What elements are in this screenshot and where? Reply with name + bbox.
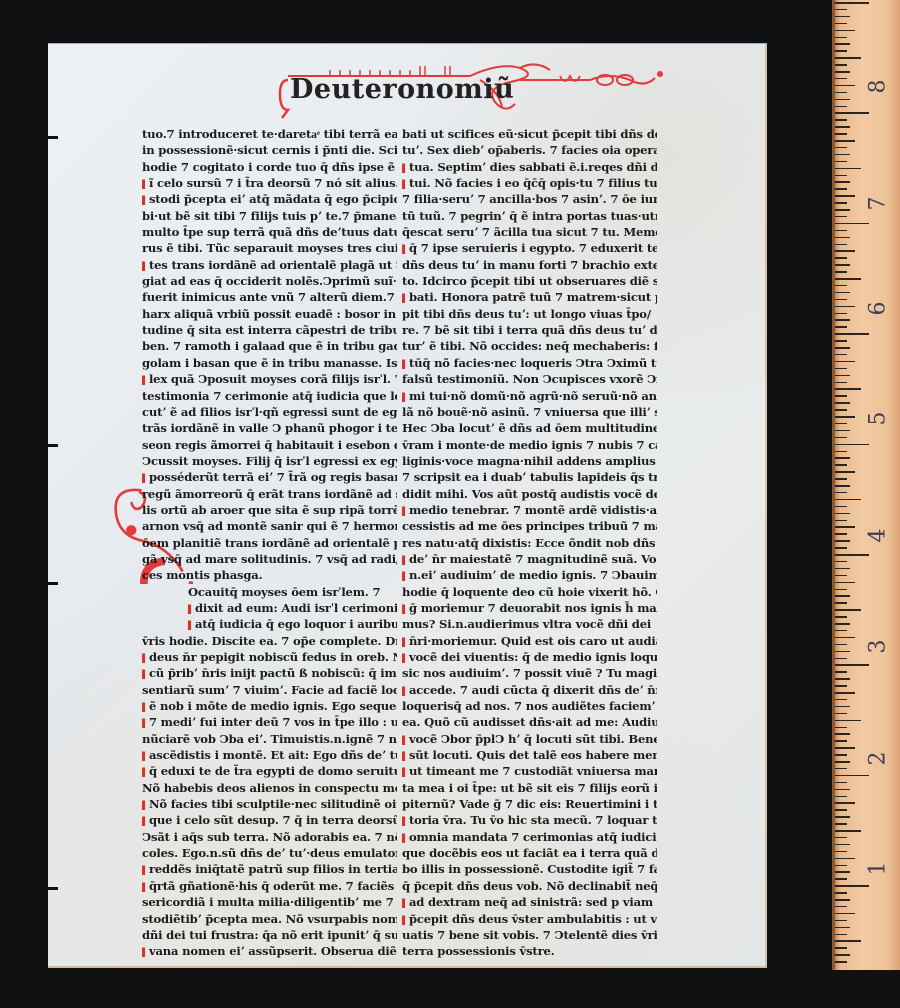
text-line: cessistis ad me ōes principes tribuũ 7… [402,518,657,534]
ruler-tick [835,126,850,128]
text-line: golam i basan que ẽ in tribu manasse. I… [142,355,397,371]
running-title-text: Deuteronomiũ [290,74,514,105]
ruler-tick [835,9,847,11]
text-line: ▌cũ p̃ribʼ n̄ris inijt pactũ ß nobiscu… [142,665,397,681]
text-line: sic nos audiuimʼ. 7 possit viuẽ ? Tu ma… [402,665,657,681]
text-line: tuo.7 introduceret te·daretaͤ tibi terra… [142,126,397,142]
ruler-tick [835,250,855,252]
ruler-tick [835,637,855,639]
ruler-tick [835,485,850,487]
ruler-tick [835,285,847,287]
rubricated-initial: ▌ [402,653,408,663]
text-line-content: re. 7 bẽ sit tibi i terra quã dñs deus… [402,323,657,337]
text-line: re. 7 bẽ sit tibi i terra quã dñs deus… [402,322,657,338]
ruler-tick [835,299,847,301]
text-line: dñs deus tuʼ in manu forti 7 brachio ext… [402,257,657,273]
ruler-tick [835,830,861,832]
text-line-content: ces montis phasga. [142,568,262,582]
text-line-content: fuerit inimicus ante vnũ 7 alterũ diem… [142,290,397,304]
text-line-content: bo illis in possessionẽ. Custodite igit… [402,862,657,876]
ruler-tick [835,464,847,466]
ruler-tick [835,402,850,404]
ruler-tick [835,154,850,156]
rubricated-initial: ▌ [142,718,148,728]
text-line: to. Idcirco p̃cepit tibi ut obseruares d… [402,273,657,289]
text-line-content: lã nõ bouẽ·nõ asinũ. 7 vniuersa que… [402,405,657,419]
text-line: ▌n̄ri·moriemur. Quid est ois caro ut aud… [402,633,657,649]
text-line: ta mea i oi t̄pe: ut bẽ sit eis 7 filij… [402,780,657,796]
text-line: testimonia 7 cerimonie atq̄ iudicia que … [142,388,397,404]
ruler-tick [835,616,847,618]
text-line-content: didit mihi. Vos aũt postq̄ audistis voc… [402,487,657,501]
text-line: ▌sũt locuti. Quis det talẽ eos habere … [402,747,657,763]
ruler-tick [835,37,847,39]
text-line-content: ea. Quõ cũ audisset dñs·ait ad me: Aud… [402,715,657,729]
ruler-tick [835,858,855,860]
text-line-content: deus n̄r pepigit nobiscũ fedus in oreb.… [149,650,397,664]
ruler-tick [835,64,847,66]
text-line: gã vsq̄ ad mare solitudinis. 7 vsq̄ ad … [142,551,397,567]
rubricated-initial: ▌ [402,898,408,908]
text-line: fuerit inimicus ante vnũ 7 alterũ diem… [142,289,397,305]
text-line: res natu·atq̄ dixistis: Ecce õndit nob … [402,535,657,551]
text-line: ▌vocẽ dei viuentis: q̄ de medio ignis l… [402,649,657,665]
ruler-tick [835,416,855,418]
rubricated-initial: ▌ [402,163,408,173]
ruler-tick [835,313,847,315]
ruler-tick [835,706,850,708]
ruler-tick [835,202,847,204]
ruler-tick [835,782,847,784]
text-line-content: arnon vsq̄ ad montẽ sanir qui ẽ 7 herm… [142,519,397,533]
text-line-content: ẽ nob i mõte de medio ignis. Ego seque… [149,699,397,713]
text-line: v̄ris hodie. Discite ea. 7 op̃e complete… [142,633,397,649]
rubricated-initial: ▌ [402,735,408,745]
text-line: bo illis in possessionẽ. Custodite igit… [402,861,657,877]
text-line: giat ad eas q̄ occiderit nolẽs.Ↄprimũ … [142,273,397,289]
text-line-content: Ↄcussit moyses. Filij q̄ isrˈl egressi e… [142,454,397,468]
text-line-content: Hec Ↄba locutʼ ẽ dñs ad ōem multitudin… [402,421,657,435]
text-line-content: ta mea i oi t̄pe: ut bẽ sit eis 7 filij… [402,781,657,795]
rubricated-initial: ▌ [402,571,408,581]
ruler-tick [835,340,847,342]
paper-notch [44,136,58,139]
rubricated-initial: ▌ [402,555,408,565]
text-line-content: 7 mediʼ fui inter deũ 7 vos in t̄pe ill… [149,715,397,729]
ruler-tick [835,685,847,687]
text-line: ▌ĩ celo sursũ 7 i t̃ra deorsũ 7 nó si… [142,175,397,191]
text-line-content: in possessionẽ·sicut cernis i p̃nti die… [142,143,397,157]
ruler-tick [835,85,855,87]
text-line: ▌tui. Nõ facies i eo q̄c̄q̄ opis·tu 7 f… [402,175,657,191]
text-line: multo t̄pe sup terrã quã dñs deʼtuus d… [142,224,397,240]
rubricated-initial: ▌ [142,261,148,271]
text-line: q̄escat seruʼ 7 ãcilla tua sicut 7 tu. … [402,224,657,240]
text-line: cutʼ ẽ ad filios isrˈl·qñ egressi sunt… [142,404,397,420]
text-line-content: stodi p̃cepta eiʼ atq̄ mãdata q̄ ego p̃… [149,192,397,206]
ruler-number: 1 [866,854,891,884]
text-line-content: terra possessionis v̄stre. [402,944,555,958]
text-line-content: q̄escat seruʼ 7 ãcilla tua sicut 7 tu. … [402,225,657,239]
ruler-tick [835,92,847,94]
rubricated-initial: ▌ [142,195,148,205]
paper-notch [44,582,58,585]
rubricated-initial: ▌ [142,751,148,761]
text-line-content: mus? Si.n.audierimus vltra vocẽ dñi dei [402,617,651,631]
text-line-content: seon regis ãmorrei q̄ habitauit i esebo… [142,438,397,452]
text-line-content: q̄ p̃cepit dñs deus vob. Nõ declinabit̃… [402,879,657,893]
ruler-tick [835,409,847,411]
text-line: ▌atq̄ iudicia q̄ ego loquor i auribus [142,616,397,632]
ruler-tick [835,609,861,611]
ruler-tick [835,112,869,114]
ruler-tick [835,306,855,308]
text-line-content: tui. Nõ facies i eo q̄c̄q̄ opis·tu 7 fi… [409,176,657,190]
ruler-tick [835,906,847,908]
ruler-tick [835,368,847,370]
ruler-tick [835,230,847,232]
ruler-tick [835,361,855,363]
text-line: mus? Si.n.audierimus vltra vocẽ dñi dei [402,616,657,632]
text-line: ▌q̄ eduxi te de t̃ra egypti de domo seru… [142,763,397,779]
text-line-content: toria v̄ra. Tu v̄o hic sta mecũ. 7 loqu… [409,813,657,827]
rubricated-initial: ▌ [142,702,148,712]
text-line: sentiarũ sumʼ 7 viuimʼ. Facie ad faciẽ… [142,682,397,698]
text-line-content: falsũ testimoniũ. Non Ↄcupisces vxorẽ… [402,372,657,386]
text-line: ▌vana nomen eiʼ assũpserit. Obserua die… [142,943,397,959]
rubricated-initial: ▌ [142,179,148,189]
text-line-content: multo t̄pe sup terrã quã dñs deʼtuus d… [142,225,397,239]
text-line: ea. Quõ cũ audisset dñs·ait ad me: Aud… [402,714,657,730]
text-line: lis ortũ ab aroer que sita ẽ sup ripã… [142,502,397,518]
ruler-tick [835,678,850,680]
rubricated-initial: ▌ [402,686,408,696]
text-line: turʼ ẽ tibi. Nõ occides: neq̄ mechaber… [402,338,657,354]
ruler-tick [835,457,850,459]
ruler-tick [835,913,855,915]
text-line: ▌ascẽdistis i montẽ. Et ait: Ego dñs d… [142,747,397,763]
ruler-tick [835,533,847,535]
text-line: piternũ? Vade ḡ 7 dic eis: Reuertimini… [402,796,657,812]
text-line-content: q̄rtã gñationẽ·his q̄ oderũt me. 7 f… [149,879,397,893]
text-line: ▌ḡ moriemur 7 deuorabit nos ignis h̄ ma… [402,600,657,616]
ruler-tick [835,292,850,294]
text-line-content: uatis 7 bene sit vobis. 7 Ↄtelentẽ dies… [402,928,657,942]
ruler-tick [835,865,847,867]
text-line: ▌posséderũt terrã eiʼ 7 t̃rã og regis… [142,469,397,485]
text-line-content: loquerisq̄ ad nos. 7 nos audiẽtes facie… [402,699,655,713]
text-line: ▌mi tui·nõ domũ·nõ agrũ·nõ seruũ·n… [402,388,657,404]
ruler-tick [835,575,847,577]
text-line: ▌tūq̄ nõ facies·nec loqueris Ↄtra Ↄxim… [402,355,657,371]
text-line: ▌7 mediʼ fui inter deũ 7 vos in t̄pe il… [142,714,397,730]
text-line-content: bi·ut bẽ sit tibi 7 filijs tuis pʼ te.7… [142,209,397,223]
text-line-content: sentiarũ sumʼ 7 viuimʼ. Facie ad faciẽ… [142,683,397,697]
ruler-tick [835,568,850,570]
text-line-content: ascẽdistis i montẽ. Et ait: Ego dñs de… [149,748,397,762]
ruler-tick [835,878,847,880]
ruler-number: 6 [866,294,891,324]
text-line: stodiẽtibʼ p̃cepta mea. Nõ vsurpabis n… [142,911,397,927]
text-line-content: reddẽs iniq̄tatẽ patrũ sup filios in … [149,862,397,876]
text-line-content: omnia mandata 7 cerimonias atq̄ iudicia [409,830,657,844]
text-line-content: tūq̄ nõ facies·nec loqueris Ↄtra Ↄximu… [409,356,657,370]
text-line: loquerisq̄ ad nos. 7 nos audiẽtes facie… [402,698,657,714]
text-line-content: posséderũt terrã eiʼ 7 t̃rã og regis … [149,470,397,484]
ruler-tick [835,181,850,183]
text-line: ▌bati. Honora patrẽ tuũ 7 matrem·sicut… [402,289,657,305]
text-line: ▌tua. Septimʼ dies sabbati ẽ.i.reqes dñ… [402,159,657,175]
text-line-content: piternũ? Vade ḡ 7 dic eis: Reuertimini… [402,797,657,811]
text-line-content: tudine q̄ sita est interra cãpestri de … [142,323,397,337]
text-line-content: sũt locuti. Quis det talẽ eos habere m… [409,748,657,762]
ruler-tick [835,499,861,501]
text-line: sericordiã i multa milia·diligentibʼ me… [142,894,397,910]
text-line: nũciarẽ vob Ↄba eiʼ. Timuistis.n.ignẽ… [142,731,397,747]
ruler-tick [835,644,847,646]
text-line-content: sic nos audiuimʼ. 7 possit viuẽ ? Tu ma… [402,666,657,680]
rubricated-initial: ▌ [402,915,408,925]
rubricated-initial: ▌ [142,816,148,826]
text-line-content: hodie 7 cogitato i corde tuo q̄ dñs ipse… [142,160,397,174]
rubricated-initial: ▌ [142,653,148,663]
ruler-tick [835,526,855,528]
ruler-tick [835,257,847,259]
ruler-tick [835,16,850,18]
text-line: trãs iordãnẽ in valle Ↄ phanũ phogor… [142,420,397,436]
ruler-tick [835,506,847,508]
text-line: uatis 7 bene sit vobis. 7 Ↄtelentẽ dies… [402,927,657,943]
ruler-tick [835,823,847,825]
ruler-tick [835,844,850,846]
ruler-tick [835,789,850,791]
ruler-tick [835,382,847,384]
ruler-tick [835,623,850,625]
text-line-content: pit tibi dñs deus tuʼ: ut longo viuas t̄… [402,307,651,321]
text-line-content: Ocauitq̄ moyses ōem isrˈlem. 7 [188,585,380,599]
text-line-content: coles. Ego.n.sũ dñs deʼ tuʼ·deus emulat… [142,846,397,860]
text-line-content: cũ p̃ribʼ n̄ris inijt pactũ ß nobiscũ… [149,666,397,680]
ruler-tick [835,582,855,584]
ruler-tick [835,333,869,335]
text-line-content: ben. 7 ramoth i galaad que ẽ in tribu g… [142,339,397,353]
ruler-tick [835,375,850,377]
ruler-tick [835,451,847,453]
rubricated-initial: ▌ [142,882,148,892]
text-line: harx aliquã vrbiũ possit euadẽ : boso… [142,306,397,322]
ruler-tick [835,99,850,101]
text-line: liginis·voce magna·nihil addens amplius [402,453,657,469]
rubricated-initial: ▌ [402,816,408,826]
text-line-content: vocẽ Ↄbor p̄plↃ hʼ q̄ locuti sũt tibi.… [409,732,657,746]
text-line: v̄ram i monte·de medio ignis 7 nubis 7 c… [402,437,657,453]
text-line: que docẽbis eos ut faciãt ea i terra q… [402,845,657,861]
ruler-tick [835,175,847,177]
text-line: ▌vocẽ Ↄbor p̄plↃ hʼ q̄ locuti sũt tibi… [402,731,657,747]
text-line-content: regũ ãmorreorũ q̄ erãt trans iordãn… [142,487,397,501]
text-line: ▌dixit ad eum: Audi isrˈl cerimonias [142,600,397,616]
text-line-content: ad dextram neq̄ ad sinistrã: sed p viam… [409,895,657,909]
text-line-content: q̄ eduxi te de t̃ra egypti de domo serui… [149,764,397,778]
text-column-left: tuo.7 introduceret te·daretaͤ tibi terra… [142,126,397,960]
ruler-tick [835,147,847,149]
text-line-content: ḡ moriemur 7 deuorabit nos ignis h̄ max… [409,601,657,615]
ruler-tick [835,50,847,52]
text-line-content: ut timeant me 7 custodiãt vniuersa mand… [409,764,657,778]
text-line: ▌ẽ nob i mõte de medio ignis. Ego sequ… [142,698,397,714]
ruler-tick [835,754,847,756]
text-line: ▌tes trans iordãnẽ ad orientalẽ plaga… [142,257,397,273]
text-line: in possessionẽ·sicut cernis i p̃nti die… [142,142,397,158]
text-line: arnon vsq̄ ad montẽ sanir qui ẽ 7 herm… [142,518,397,534]
text-line-content: gã vsq̄ ad mare solitudinis. 7 vsq̄ ad … [142,552,397,566]
text-line-content: dñi dei tui frustra: q̄a nõ erit ipunit… [142,928,397,942]
text-line: ▌medio tenebrar. 7 montẽ ardẽ vidistis… [402,502,657,518]
text-line: bi·ut bẽ sit tibi 7 filijs tuis pʼ te.7… [142,208,397,224]
ruler-tick [835,513,850,515]
ruler-tick [835,802,855,804]
text-line-content: tuʼ. Sex diebʼ op̃aberis. 7 facies oia o… [402,143,657,157]
ruler-tick [835,768,847,770]
text-line: Nõ habebis deos alienos in conspectu me… [142,780,397,796]
ruler-tick [835,816,850,818]
ruler-tick [835,395,847,397]
text-line-content: deʼ n̄r maiestatẽ 7 magnitudinẽ suã. … [409,552,657,566]
text-line: dñi dei tui frustra: q̄a nõ erit ipunit… [142,927,397,943]
text-line: bati ut scifices eũ·sicut p̃cepit tibi … [402,126,657,142]
ruler-tick [835,664,869,666]
ruler-tick [835,961,847,963]
ruler-tick [835,602,847,604]
text-line: 7 scripsit ea i duabʼ tabulis lapideis q… [402,469,657,485]
text-column-right: bati ut scifices eũ·sicut p̃cepit tibi … [402,126,657,960]
ruler-tick [835,727,847,729]
ruler-tick [835,216,847,218]
text-line: terra possessionis v̄stre. [402,943,657,959]
ruler-tick [835,920,847,922]
rubricated-initial: ▌ [402,637,408,647]
ruler-tick [835,892,847,894]
ruler-tick [835,740,847,742]
text-line-content: tua. Septimʼ dies sabbati ẽ.i.reqes dñi… [409,160,657,174]
paper-notch [44,444,58,447]
ruler-tick [835,188,847,190]
rubricated-initial: ▌ [402,604,408,614]
text-line: regũ ãmorreorũ q̄ erãt trans iordãn… [142,486,397,502]
ruler-tick [835,720,861,722]
manuscript-leaf: Deuteronomiũ tuo.7 introduceret te·dare… [48,43,767,968]
text-line: rus ẽ tibi. Tũc separauit moyses tres … [142,240,397,256]
ruler-tick [835,23,847,25]
ruler-tick [835,809,847,811]
text-line-content: tũ tuũ. 7 pegrinʼ q̄ ẽ intra portas t… [402,209,657,223]
text-line-content: vana nomen eiʼ assũpserit. Obserua diẽ… [149,944,397,958]
text-line: ▌deus n̄r pepigit nobiscũ fedus in oreb… [142,649,397,665]
text-line: ben. 7 ramoth i galaad que ẽ in tribu g… [142,338,397,354]
running-title: Deuteronomiũ [270,62,670,122]
ruler-tick [835,492,847,494]
ruler-number: 5 [866,404,891,434]
rubricated-initial: ▌ [402,767,408,777]
text-line: ▌omnia mandata 7 cerimonias atq̄ iudicia [402,829,657,845]
rubricated-initial: ▌ [402,751,408,761]
text-line-content: v̄ris hodie. Discite ea. 7 op̃e complete… [142,634,397,648]
ruler-tick [835,733,850,735]
text-line: ▌ad dextram neq̄ ad sinistrã: sed p via… [402,894,657,910]
text-line: pit tibi dñs deus tuʼ: ut longo viuas t̄… [402,306,657,322]
text-line-content: n̄ri·moriemur. Quid est ois caro ut audi… [409,634,657,648]
text-line-content: n.eiʼ audiuimʼ de medio ignis. 7 Ↄbauimu… [409,568,657,582]
text-line-content: vocẽ dei viuentis: q̄ de medio ignis lo… [409,650,657,664]
ruler-tick [835,244,847,246]
text-line: ▌lex quã Ↄposuit moyses corã filijs is… [142,371,397,387]
ruler-tick [835,692,855,694]
text-line: ▌reddẽs iniq̄tatẽ patrũ sup filios in… [142,861,397,877]
ruler-number: 4 [866,521,891,551]
ruler-tick [835,837,847,839]
ruler-tick [835,444,869,446]
ruler-tick [835,520,847,522]
text-line: Ↄsãt i aq̄s sub terra. Nõ adorabis ea.… [142,829,397,845]
text-line-content: ōem planitiẽ trans iordãnẽ ad orient… [142,536,397,550]
ruler-tick [835,713,847,715]
ruler-tick [835,934,847,936]
rubricated-initial: ▌ [142,669,148,679]
ruler-number: 7 [866,189,891,219]
text-line-content: hodie q̄ loquente deo cũ hoie vixerit h… [402,585,657,599]
ruler-tick [835,271,847,273]
ruler-tick [835,540,850,542]
text-line: tuʼ. Sex diebʼ op̃aberis. 7 facies oia o… [402,142,657,158]
text-line: falsũ testimoniũ. Non Ↄcupisces vxorẽ… [402,371,657,387]
ruler-tick [835,57,861,59]
text-line-content: to. Idcirco p̃cepit tibi ut obseruares d… [402,274,657,288]
text-line-content: dñs deus tuʼ in manu forti 7 brachio ext… [402,258,657,272]
rubricated-initial: ▌ [402,392,408,402]
ruler-tick [835,2,869,4]
ruler-tick [835,561,847,563]
ruler-tick [835,947,847,949]
text-line-content: bati. Honora patrẽ tuũ 7 matrem·sicut … [409,290,657,304]
text-line-content: cutʼ ẽ ad filios isrˈl·qñ egressi sunt… [142,405,397,419]
ruler-tick [835,940,861,942]
text-line-content: rus ẽ tibi. Tũc separauit moyses tres … [142,241,397,255]
ruler-tick [835,43,850,45]
rubricated-initial: ▌ [188,604,194,614]
ruler-tick [835,354,847,356]
text-line-content: que docẽbis eos ut faciãt ea i terra q… [402,846,657,860]
ruler-tick [835,747,855,749]
text-line-content: v̄ram i monte·de medio ignis 7 nubis 7 c… [402,438,657,452]
ruler-tick [835,885,869,887]
ruler-tick [835,699,847,701]
ruler-tick [835,264,850,266]
text-line: seon regis ãmorrei q̄ habitauit i esebo… [142,437,397,453]
text-line: ▌accede. 7 audi cũcta q̄ dixerit dñs de… [402,682,657,698]
rubricated-initial: ▌ [142,473,148,483]
text-line: ▌q̄ 7 ipse seruieris i egypto. 7 eduxeri… [402,240,657,256]
ruler-tick [835,630,847,632]
ruler-tick [835,775,869,777]
ruler-tick [835,871,850,873]
text-line-content: q̄ 7 ipse seruieris i egypto. 7 eduxerit… [409,241,657,255]
text-line: ▌que i celo sũt desup. 7 q̄ in terra de… [142,812,397,828]
ruler-tick [835,547,847,549]
text-line-content: p̃cepit dñs deus v̄ster ambulabitis : ut… [409,912,657,926]
text-line-content: Nõ habebis deos alienos in conspectu me… [142,781,397,795]
ruler-tick [835,106,847,108]
ruler-tick [835,589,847,591]
